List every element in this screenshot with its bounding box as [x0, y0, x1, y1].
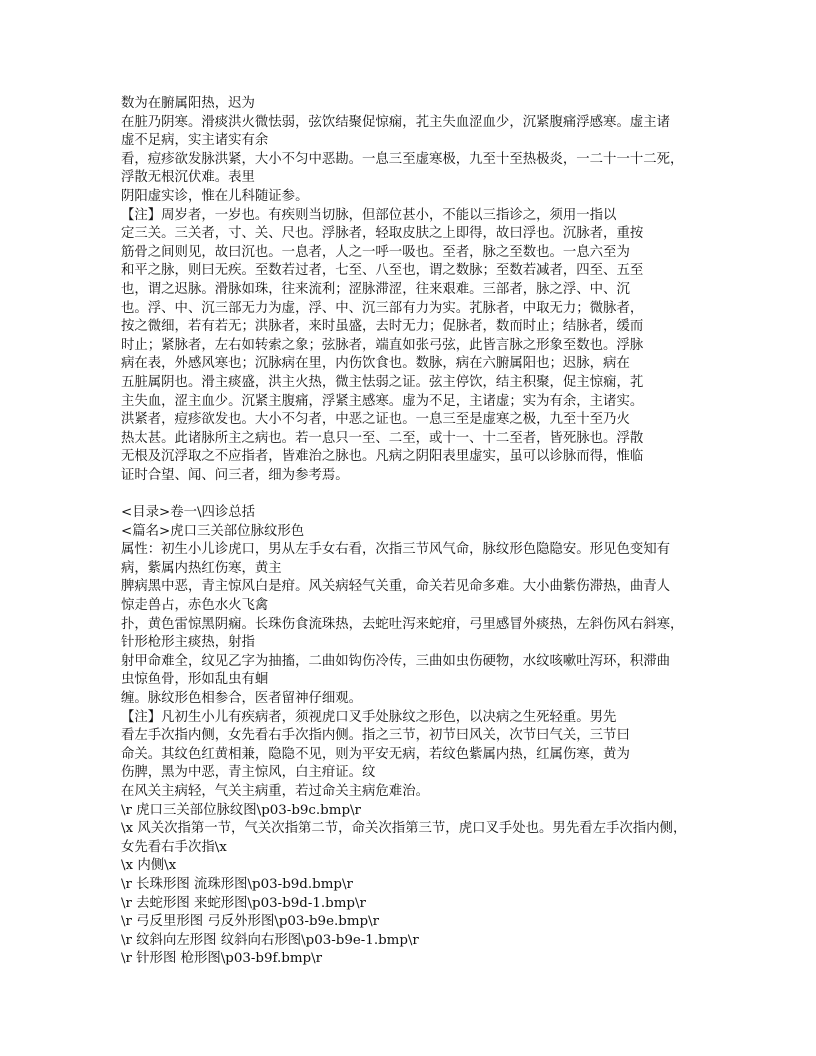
blank-line: [121, 485, 703, 504]
text-line: 属性：初生小儿诊虎口，男从左手女右看，次指三节风气命，脉纹形色隐隐安。形见色变知…: [121, 541, 703, 560]
annotation-line: 命关。其纹色红黄相兼，隐隐不见，则为平安无病，若纹色紫属内热，红属伤寒，黄为: [121, 746, 703, 765]
caption-line: \x 内侧\x: [121, 857, 703, 876]
annotation-line: 在风关主病轻，气关主病重，若过命关主病危难治。: [121, 783, 703, 802]
annotation-line: 按之微细，若有若无；洪脉者，来时虽盛，去时无力；促脉者，数而时止；结脉者，缓而: [121, 318, 703, 337]
text-line: 针形枪形主痰热，射指: [121, 634, 703, 653]
document-page: 数为在腑属阳热，迟为 在脏乃阴寒。滑痰洪火微怯弱，弦饮结聚促惊痫，芤主失血涩血少…: [121, 95, 703, 969]
catalog-heading: <目录>卷一\四诊总括: [121, 504, 703, 523]
annotation-line: 定三关。三关者，寸、关、尺也。浮脉者，轻取皮肤之上即得，故曰浮也。沉脉者，重按: [121, 225, 703, 244]
annotation-line: 洪紧者，痘疹欲发也。大小不匀者，中恶之证也。一息三至是虚寒之极，九至十至乃火: [121, 411, 703, 430]
image-reference: \r 长珠形图 流珠形图\p03-b9d.bmp\r: [121, 876, 703, 895]
text-line: 惊走兽占，赤色水火飞禽: [121, 597, 703, 616]
annotation-line: 时止；紧脉者，左右如转索之象；弦脉者，端直如张弓弦，此皆言脉之形象至数也。浮脉: [121, 337, 703, 356]
annotation-line: 【注】周岁者，一岁也。有疾则当切脉，但部位甚小，不能以三指诊之，须用一指以: [121, 207, 703, 226]
annotation-line: 筋骨之间则见，故曰沉也。一息者，人之一呼一吸也。至者，脉之至数也。一息六至为: [121, 244, 703, 263]
text-line: 浮散无根沉伏难。表里: [121, 169, 703, 188]
image-reference: \r 去蛇形图 来蛇形图\p03-b9d-1.bmp\r: [121, 895, 703, 914]
section-tiger-mouth: <目录>卷一\四诊总括 <篇名>虎口三关部位脉纹形色 属性：初生小儿诊虎口，男从…: [121, 504, 703, 969]
text-line: 脾病黑中恶，青主惊风白是疳。风关病轻气关重，命关若见命多难。大小曲紫伤滞热，曲青…: [121, 578, 703, 597]
chapter-title: <篇名>虎口三关部位脉纹形色: [121, 523, 703, 542]
image-reference: \r 纹斜向左形图 纹斜向右形图\p03-b9e-1.bmp\r: [121, 932, 703, 951]
annotation-line: 无根及沉浮取之不应指者，皆难治之脉也。凡病之阴阳表里虚实，虽可以诊脉而得，惟临: [121, 448, 703, 467]
text-line: 虚不足病，实主诸实有余: [121, 132, 703, 151]
text-line: 数为在腑属阳热，迟为: [121, 95, 703, 114]
annotation-line: 和平之脉，则曰无疾。至数若过者，七至、八至也，谓之数脉；至数若减者，四至、五至: [121, 262, 703, 281]
annotation-line: 主失血，涩主血少。沉紧主腹痛，浮紧主感寒。虚为不足，主诸虚；实为有余，主诸实。: [121, 393, 703, 412]
image-reference: \r 针形图 枪形图\p03-b9f.bmp\r: [121, 950, 703, 969]
image-reference: \r 虎口三关部位脉纹图\p03-b9c.bmp\r: [121, 802, 703, 821]
text-line: 在脏乃阴寒。滑痰洪火微怯弱，弦饮结聚促惊痫，芤主失血涩血少，沉紧腹痛浮感寒。虚主…: [121, 114, 703, 133]
annotation-line: 也，谓之迟脉。滑脉如珠，往来流利；涩脉滞涩，往来艰难。三部者，脉之浮、中、沉: [121, 281, 703, 300]
image-reference: \r 弓反里形图 弓反外形图\p03-b9e.bmp\r: [121, 913, 703, 932]
text-line: 扑，黄色雷惊黑阴痫。长珠伤食流珠热，去蛇吐泻来蛇疳，弓里感冒外痰热，左斜伤风右斜…: [121, 616, 703, 635]
annotation-line: 证时合望、闻、问三者，细为参考焉。: [121, 467, 703, 486]
annotation-line: 伤脾，黑为中恶，青主惊风，白主疳证。纹: [121, 764, 703, 783]
annotation-line: 热太甚。此诸脉所主之病也。若一息只一至、二至，或十一、十二至者，皆死脉也。浮散: [121, 430, 703, 449]
text-line: 虫惊鱼骨，形如乱虫有蛔: [121, 671, 703, 690]
text-line: 病，紫属内热红伤寒，黄主: [121, 560, 703, 579]
annotation-line: 病在表，外感风寒也；沉脉病在里，内伤饮食也。数脉，病在六腑属阳也；迟脉，病在: [121, 355, 703, 374]
text-line: 射甲命难全，纹见乙字为抽搐，二曲如钩伤冷传，三曲如虫伤硬物，水纹咳嗽吐泻环，积滞…: [121, 653, 703, 672]
annotation-line: 看左手次指内侧，女先看右手次指内侧。指之三节，初节曰风关，次节曰气关，三节曰: [121, 727, 703, 746]
caption-line: 女先看右手次指\x: [121, 839, 703, 858]
text-line: 看，痘疹欲发脉洪紧，大小不匀中恶勘。一息三至虚寒极，九至十至热极炎，一二十一十二…: [121, 151, 703, 170]
annotation-line: 【注】凡初生小儿有疾病者，须视虎口叉手处脉纹之形色，以决病之生死轻重。男先: [121, 709, 703, 728]
annotation-line: 也。浮、中、沉三部无力为虚，浮、中、沉三部有力为实。芤脉者，中取无力；微脉者，: [121, 300, 703, 319]
caption-line: \x 风关次指第一节，气关次指第二节，命关次指第三节，虎口叉手处也。男先看左手次…: [121, 820, 703, 839]
text-line: 阴阳虚实诊，惟在儿科随证参。: [121, 188, 703, 207]
annotation-line: 五脏属阴也。滑主痰盛，洪主火热，微主怯弱之证。弦主停饮，结主积聚，促主惊痫，芤: [121, 374, 703, 393]
section-pulse-diagnosis: 数为在腑属阳热，迟为 在脏乃阴寒。滑痰洪火微怯弱，弦饮结聚促惊痫，芤主失血涩血少…: [121, 95, 703, 485]
text-line: 缠。脉纹形色相参合，医者留神仔细观。: [121, 690, 703, 709]
